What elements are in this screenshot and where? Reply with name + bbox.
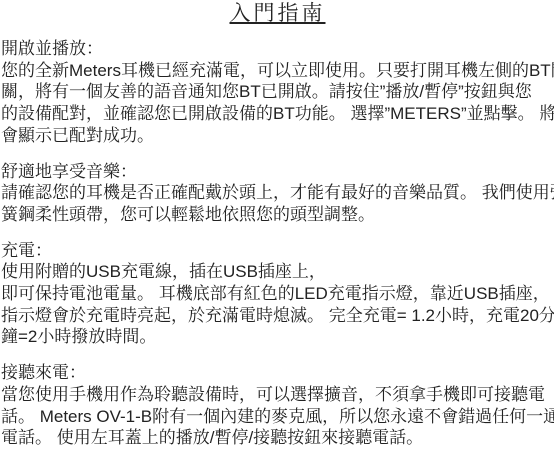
page-title-text: 入門指南 <box>230 2 326 25</box>
document: 入門指南 開啟並播放： 您的全新Meters耳機已經充滿電，可以立即使用。只要打… <box>0 0 555 449</box>
section-body: 使用附贈的USB充電線，插在USB插座上， 即可保持電池電量。 耳機底部有紅色的… <box>1 261 554 348</box>
section-incoming-calls: 接聽來電： 當您使用手機用作為聆聽設備時，可以選擇擴音，不須拿手機即可接聽電 話… <box>1 362 554 449</box>
section-charging: 充電： 使用附贈的USB充電線，插在USB插座上， 即可保持電池電量。 耳機底部… <box>1 240 554 349</box>
section-comfort: 舒適地享受音樂： 請確認您的耳機是否正確配戴於頭上，才能有最好的音樂品質。 我們… <box>1 161 554 226</box>
section-body: 請確認您的耳機是否正確配戴於頭上，才能有最好的音樂品質。 我們使用彈 簧鋼柔性頭… <box>1 182 554 225</box>
section-body: 您的全新Meters耳機已經充滿電，可以立即使用。只要打開耳機左側的BT開 關，… <box>1 60 554 147</box>
section-heading: 開啟並播放： <box>1 38 554 60</box>
section-heading: 接聽來電： <box>1 362 554 384</box>
section-heading: 舒適地享受音樂： <box>1 161 554 183</box>
section-power-on-playback: 開啟並播放： 您的全新Meters耳機已經充滿電，可以立即使用。只要打開耳機左側… <box>1 38 554 147</box>
page-title: 入門指南 <box>1 1 554 26</box>
section-body: 當您使用手機用作為聆聽設備時，可以選擇擴音，不須拿手機即可接聽電 話。 Mete… <box>1 384 554 449</box>
section-heading: 充電： <box>1 240 554 262</box>
